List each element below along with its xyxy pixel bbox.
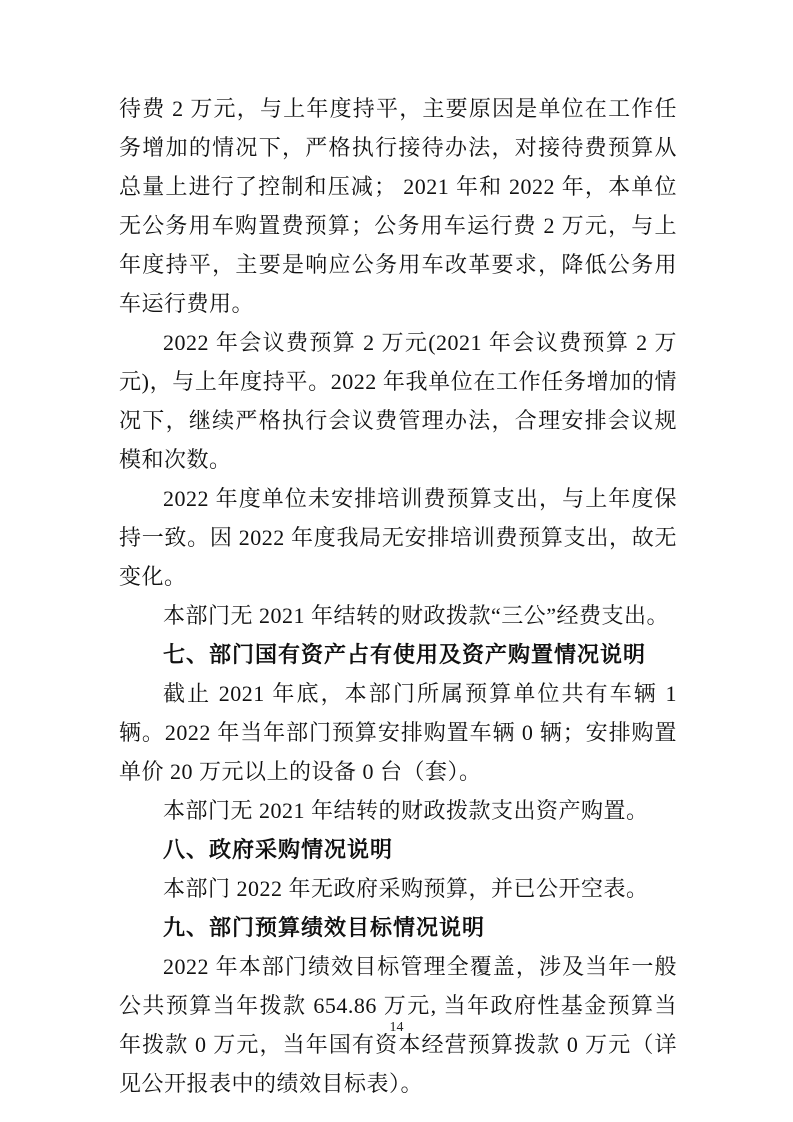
document-body: 待费 2 万元，与上年度持平，主要原因是单位在工作任务增加的情况下，严格执行接待… [119,89,677,1103]
page-number: 14 [0,1018,793,1038]
paragraph-carryover-sangong: 本部门无 2021 年结转的财政拨款“三公”经费支出。 [119,596,677,635]
paragraph-carryover-asset-purchase: 本部门无 2021 年结转的财政拨款支出资产购置。 [119,791,677,830]
paragraph-training-expense: 2022 年度单位未安排培训费预算支出，与上年度保持一致。因 2022 年度我局… [119,479,677,596]
paragraph-meeting-expense: 2022 年会议费预算 2 万元(2021 年会议费预算 2 万元)，与上年度持… [119,323,677,479]
document-page: 待费 2 万元，与上年度持平，主要原因是单位在工作任务增加的情况下，严格执行接待… [0,0,793,1122]
paragraph-hospitality-expense: 待费 2 万元，与上年度持平，主要原因是单位在工作任务增加的情况下，严格执行接待… [119,89,677,323]
section-heading-government-procurement: 八、政府采购情况说明 [119,830,677,869]
paragraph-procurement-budget: 本部门 2022 年无政府采购预算，并已公开空表。 [119,869,677,908]
paragraph-vehicles-equipment: 截止 2021 年底，本部门所属预算单位共有车辆 1 辆。2022 年当年部门预… [119,674,677,791]
section-heading-performance-targets: 九、部门预算绩效目标情况说明 [119,908,677,947]
section-heading-state-assets: 七、部门国有资产占有使用及资产购置情况说明 [119,635,677,674]
